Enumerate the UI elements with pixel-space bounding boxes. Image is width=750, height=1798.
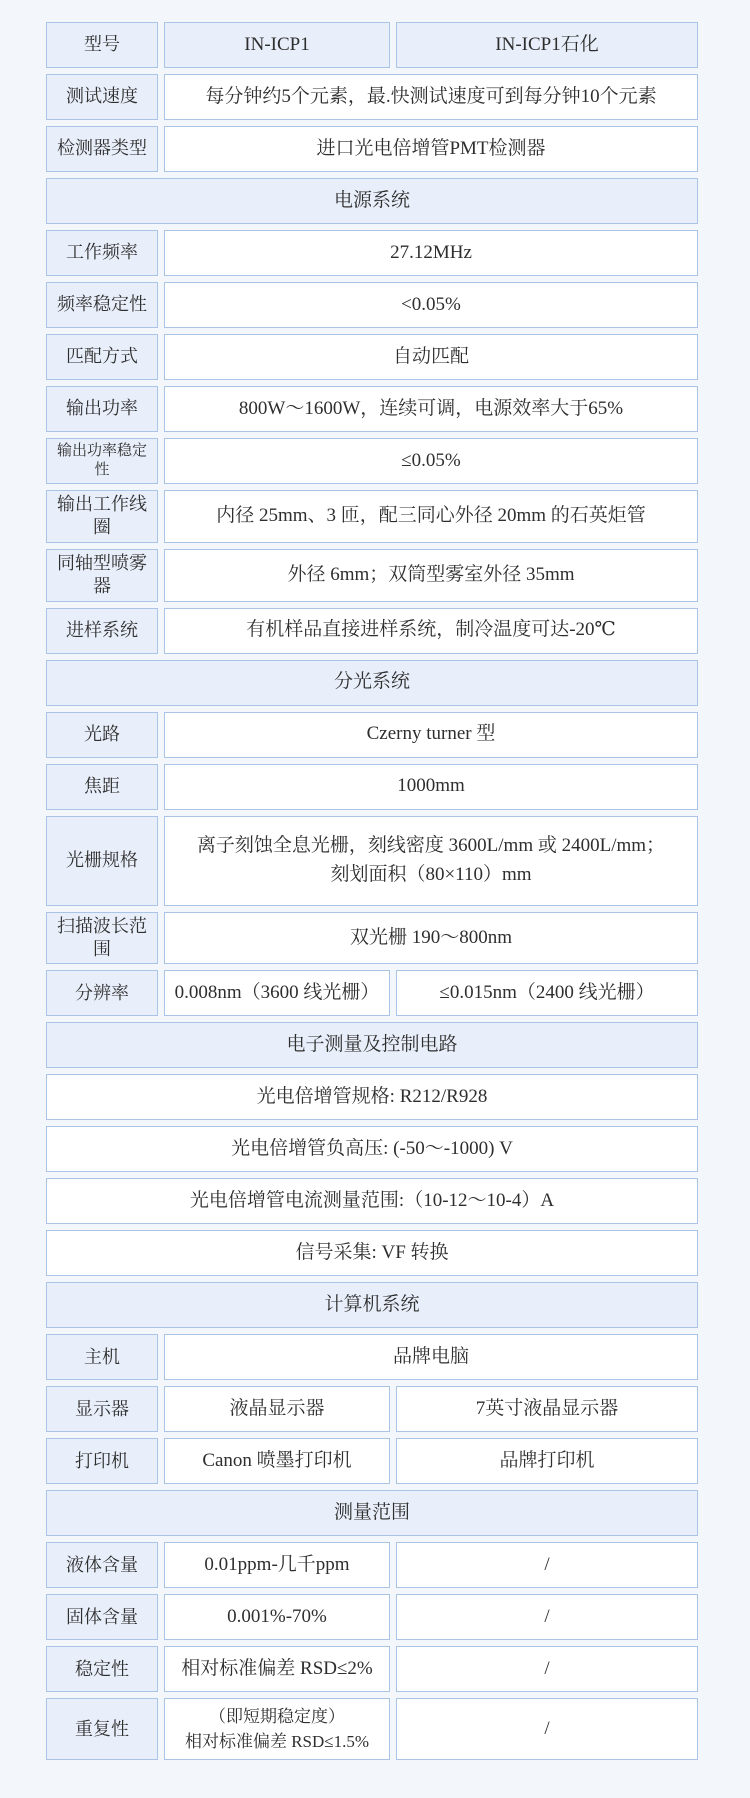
spec-value: 内径 25mm、3 匝，配三同心外径 20mm 的石英炬管	[164, 490, 698, 543]
section-header: 计算机系统	[46, 1282, 698, 1328]
spec-label: 光路	[46, 712, 158, 758]
spec-value-full: 光电倍增管规格: R212/R928	[46, 1074, 698, 1120]
table-row: 同轴型喷雾器 外径 6mm；双筒型雾室外径 35mm	[46, 549, 698, 602]
table-row: 主机 品牌电脑	[46, 1334, 698, 1380]
table-row: 工作频率 27.12MHz	[46, 230, 698, 276]
spec-label: 主机	[46, 1334, 158, 1380]
specification-table: 型号 IN-ICP1 IN-ICP1石化 测试速度 每分钟约5个元素，最.快测试…	[40, 16, 704, 1766]
spec-value: 27.12MHz	[164, 230, 698, 276]
spec-label: 进样系统	[46, 608, 158, 654]
table-row: 电源系统	[46, 178, 698, 224]
spec-label: 打印机	[46, 1438, 158, 1484]
table-row: 液体含量 0.01ppm-几千ppm /	[46, 1542, 698, 1588]
table-row: 光电倍增管规格: R212/R928	[46, 1074, 698, 1120]
section-header: 分光系统	[46, 660, 698, 706]
spec-value: Czerny turner 型	[164, 712, 698, 758]
spec-value: 800W～1600W，连续可调，电源效率大于65%	[164, 386, 698, 432]
table-row: 信号采集: VF 转换	[46, 1230, 698, 1276]
spec-label: 显示器	[46, 1386, 158, 1432]
spec-value: 每分钟约5个元素，最.快测试速度可到每分钟10个元素	[164, 74, 698, 120]
table-row: 输出工作线圈 内径 25mm、3 匝，配三同心外径 20mm 的石英炬管	[46, 490, 698, 543]
table-row: 显示器 液晶显示器 7英寸液晶显示器	[46, 1386, 698, 1432]
spec-page: 型号 IN-ICP1 IN-ICP1石化 测试速度 每分钟约5个元素，最.快测试…	[0, 0, 750, 1798]
spec-value-model-1: 0.01ppm-几千ppm	[164, 1542, 390, 1588]
spec-value: ≤0.05%	[164, 438, 698, 484]
spec-label: 输出工作线圈	[46, 490, 158, 543]
spec-label: 检测器类型	[46, 126, 158, 172]
spec-label: 光栅规格	[46, 816, 158, 906]
spec-label: 型号	[46, 22, 158, 68]
spec-value: 外径 6mm；双筒型雾室外径 35mm	[164, 549, 698, 602]
spec-value: 双光栅 190～800nm	[164, 912, 698, 965]
table-row: 进样系统 有机样品直接进样系统，制冷温度可达-20℃	[46, 608, 698, 654]
spec-value: 离子刻蚀全息光栅，刻线密度 3600L/mm 或 2400L/mm； 刻划面积（…	[164, 816, 698, 906]
spec-value: 自动匹配	[164, 334, 698, 380]
spec-value-model-2: /	[396, 1594, 698, 1640]
spec-value-full: 信号采集: VF 转换	[46, 1230, 698, 1276]
section-header: 电源系统	[46, 178, 698, 224]
spec-value-model-2: /	[396, 1542, 698, 1588]
table-row: 固体含量 0.001%-70% /	[46, 1594, 698, 1640]
spec-label: 同轴型喷雾器	[46, 549, 158, 602]
spec-value-full: 光电倍增管电流测量范围:（10-12～10-4）A	[46, 1178, 698, 1224]
spec-value-full: 光电倍增管负高压: (-50～-1000) V	[46, 1126, 698, 1172]
spec-value: 品牌电脑	[164, 1334, 698, 1380]
spec-value: <0.05%	[164, 282, 698, 328]
section-header: 测量范围	[46, 1490, 698, 1536]
table-row: 电子测量及控制电路	[46, 1022, 698, 1068]
spec-label: 输出功率稳定性	[46, 438, 158, 484]
spec-value-model-1: 液晶显示器	[164, 1386, 390, 1432]
spec-value-model-1: IN-ICP1	[164, 22, 390, 68]
spec-label: 扫描波长范围	[46, 912, 158, 965]
spec-value-line: 相对标准偏差 RSD≤1.5%	[171, 1729, 383, 1755]
spec-value-model-2: 品牌打印机	[396, 1438, 698, 1484]
spec-label: 工作频率	[46, 230, 158, 276]
table-row: 测量范围	[46, 1490, 698, 1536]
spec-value-model-2: /	[396, 1646, 698, 1692]
spec-label: 焦距	[46, 764, 158, 810]
table-row: 输出功率 800W～1600W，连续可调，电源效率大于65%	[46, 386, 698, 432]
spec-label: 分辨率	[46, 970, 158, 1016]
spec-label: 稳定性	[46, 1646, 158, 1692]
table-row: 分光系统	[46, 660, 698, 706]
table-row: 稳定性 相对标准偏差 RSD≤2% /	[46, 1646, 698, 1692]
spec-label: 测试速度	[46, 74, 158, 120]
spec-value: 1000mm	[164, 764, 698, 810]
spec-value-model-1: Canon 喷墨打印机	[164, 1438, 390, 1484]
spec-value: 进口光电倍增管PMT检测器	[164, 126, 698, 172]
spec-value-model-1: 0.001%-70%	[164, 1594, 390, 1640]
table-row: 光栅规格 离子刻蚀全息光栅，刻线密度 3600L/mm 或 2400L/mm； …	[46, 816, 698, 906]
table-row: 计算机系统	[46, 1282, 698, 1328]
spec-label: 固体含量	[46, 1594, 158, 1640]
spec-value-line: （即短期稳定度）	[171, 1704, 383, 1730]
spec-value-model-2: /	[396, 1698, 698, 1760]
table-row: 焦距 1000mm	[46, 764, 698, 810]
table-row: 测试速度 每分钟约5个元素，最.快测试速度可到每分钟10个元素	[46, 74, 698, 120]
spec-label: 输出功率	[46, 386, 158, 432]
spec-value-model-2: 7英寸液晶显示器	[396, 1386, 698, 1432]
spec-value-model-2: IN-ICP1石化	[396, 22, 698, 68]
spec-value-model-1: （即短期稳定度） 相对标准偏差 RSD≤1.5%	[164, 1698, 390, 1760]
table-row: 型号 IN-ICP1 IN-ICP1石化	[46, 22, 698, 68]
spec-value-line: 离子刻蚀全息光栅，刻线密度 3600L/mm 或 2400L/mm；	[171, 832, 691, 861]
table-row: 打印机 Canon 喷墨打印机 品牌打印机	[46, 1438, 698, 1484]
table-row: 匹配方式 自动匹配	[46, 334, 698, 380]
table-row: 光电倍增管负高压: (-50～-1000) V	[46, 1126, 698, 1172]
section-header: 电子测量及控制电路	[46, 1022, 698, 1068]
spec-label: 重复性	[46, 1698, 158, 1760]
spec-value: 有机样品直接进样系统，制冷温度可达-20℃	[164, 608, 698, 654]
table-row: 分辨率 0.008nm（3600 线光栅） ≤0.015nm（2400 线光栅）	[46, 970, 698, 1016]
table-row: 光路 Czerny turner 型	[46, 712, 698, 758]
table-row: 扫描波长范围 双光栅 190～800nm	[46, 912, 698, 965]
spec-label: 匹配方式	[46, 334, 158, 380]
table-row: 重复性 （即短期稳定度） 相对标准偏差 RSD≤1.5% /	[46, 1698, 698, 1760]
table-row: 光电倍增管电流测量范围:（10-12～10-4）A	[46, 1178, 698, 1224]
table-row: 频率稳定性 <0.05%	[46, 282, 698, 328]
spec-value-model-2: ≤0.015nm（2400 线光栅）	[396, 970, 698, 1016]
spec-value-model-1: 相对标准偏差 RSD≤2%	[164, 1646, 390, 1692]
table-row: 检测器类型 进口光电倍增管PMT检测器	[46, 126, 698, 172]
spec-value-model-1: 0.008nm（3600 线光栅）	[164, 970, 390, 1016]
table-row: 输出功率稳定性 ≤0.05%	[46, 438, 698, 484]
spec-value-line: 刻划面积（80×110）mm	[171, 861, 691, 890]
spec-label: 液体含量	[46, 1542, 158, 1588]
spec-label: 频率稳定性	[46, 282, 158, 328]
